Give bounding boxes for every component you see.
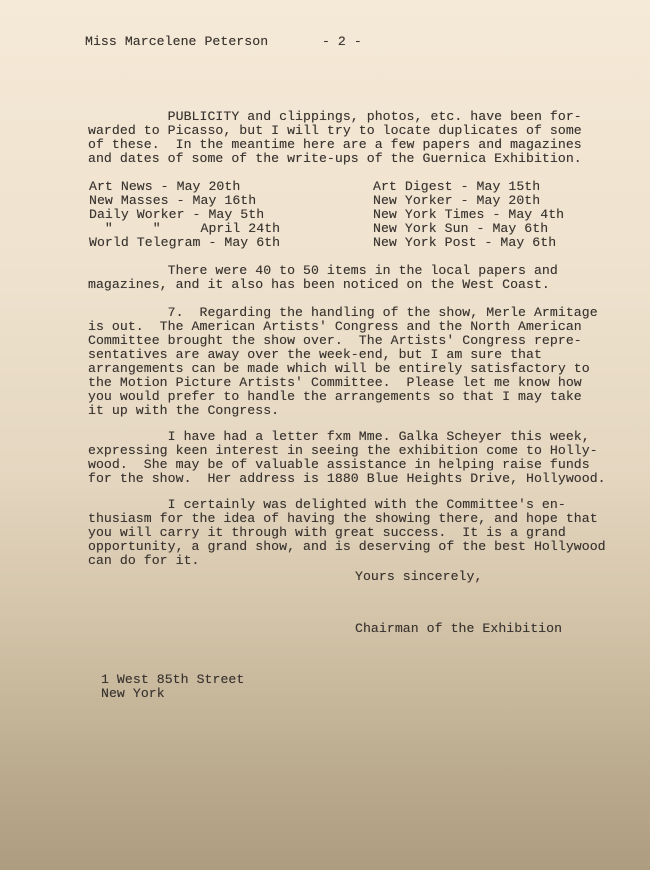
text-line: you will carry it through with great suc… bbox=[88, 526, 566, 539]
press-item: New York Sun - May 6th bbox=[373, 222, 548, 235]
recipient-header: Miss Marcelene Peterson bbox=[85, 35, 268, 48]
text-line: I certainly was delighted with the Commi… bbox=[88, 498, 566, 511]
letter-page: Miss Marcelene Peterson - 2 - PUBLICITY … bbox=[0, 0, 650, 870]
text-line: 7. Regarding the handling of the show, M… bbox=[88, 306, 598, 319]
text-line: PUBLICITY and clippings, photos, etc. ha… bbox=[88, 110, 582, 123]
press-item: Daily Worker - May 5th bbox=[89, 208, 264, 221]
press-item: New Yorker - May 20th bbox=[373, 194, 540, 207]
press-item: Art News - May 20th bbox=[89, 180, 240, 193]
text-line: wood. She may be of valuable assistance … bbox=[88, 458, 590, 471]
text-line: you would prefer to handle the arrangeme… bbox=[88, 390, 582, 403]
press-item: " " April 24th bbox=[89, 222, 280, 235]
text-line: is out. The American Artists' Congress a… bbox=[88, 320, 582, 333]
address-street: 1 West 85th Street bbox=[101, 673, 244, 686]
text-line: it up with the Congress. bbox=[88, 404, 279, 417]
address-city: New York bbox=[101, 687, 165, 700]
press-item: New York Times - May 4th bbox=[373, 208, 564, 221]
press-item: New Masses - May 16th bbox=[89, 194, 256, 207]
signatory-title: Chairman of the Exhibition bbox=[355, 622, 562, 635]
text-line: There were 40 to 50 items in the local p… bbox=[88, 264, 558, 277]
text-line: arrangements can be made which will be e… bbox=[88, 362, 590, 375]
text-line: and dates of some of the write-ups of th… bbox=[88, 152, 582, 165]
text-line: sentatives are away over the week-end, b… bbox=[88, 348, 542, 361]
text-line: thusiasm for the idea of having the show… bbox=[88, 512, 598, 525]
text-line: opportunity, a grand show, and is deserv… bbox=[88, 540, 606, 553]
text-line: magazines, and it also has been noticed … bbox=[88, 278, 550, 291]
text-line: can do for it. bbox=[88, 554, 200, 567]
text-line: the Motion Picture Artists' Committee. P… bbox=[88, 376, 582, 389]
text-line: I have had a letter fxm Mme. Galka Schey… bbox=[88, 430, 590, 443]
press-item: New York Post - May 6th bbox=[373, 236, 556, 249]
page-number: - 2 - bbox=[322, 35, 362, 48]
text-line: expressing keen interest in seeing the e… bbox=[88, 444, 598, 457]
press-item: Art Digest - May 15th bbox=[373, 180, 540, 193]
text-line: Committee brought the show over. The Art… bbox=[88, 334, 582, 347]
text-line: of these. In the meantime here are a few… bbox=[88, 138, 582, 151]
valediction: Yours sincerely, bbox=[355, 570, 482, 583]
text-line: for the show. Her address is 1880 Blue H… bbox=[88, 472, 606, 485]
text-line: warded to Picasso, but I will try to loc… bbox=[88, 124, 582, 137]
press-item: World Telegram - May 6th bbox=[89, 236, 280, 249]
